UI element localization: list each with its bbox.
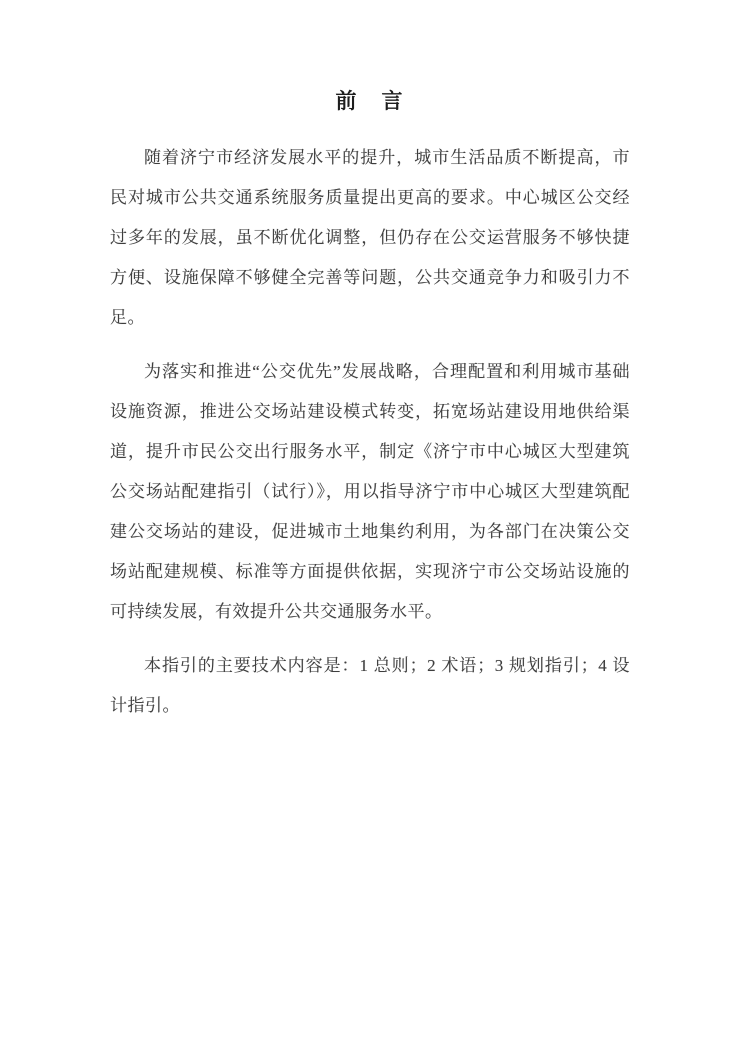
page-title: 前 言	[0, 0, 740, 114]
paragraph-1: 随着济宁市经济发展水平的提升，城市生活品质不断提高，市民对城市公共交通系统服务质…	[110, 138, 630, 338]
document-page: 前 言 随着济宁市经济发展水平的提升，城市生活品质不断提高，市民对城市公共交通系…	[0, 0, 740, 1046]
paragraph-3: 本指引的主要技术内容是：1 总则；2 术语；3 规划指引；4 设计指引。	[110, 646, 630, 726]
paragraph-2: 为落实和推进“公交优先”发展战略，合理配置和利用城市基础设施资源，推进公交场站建…	[110, 352, 630, 632]
document-body: 随着济宁市经济发展水平的提升，城市生活品质不断提高，市民对城市公共交通系统服务质…	[110, 138, 630, 726]
